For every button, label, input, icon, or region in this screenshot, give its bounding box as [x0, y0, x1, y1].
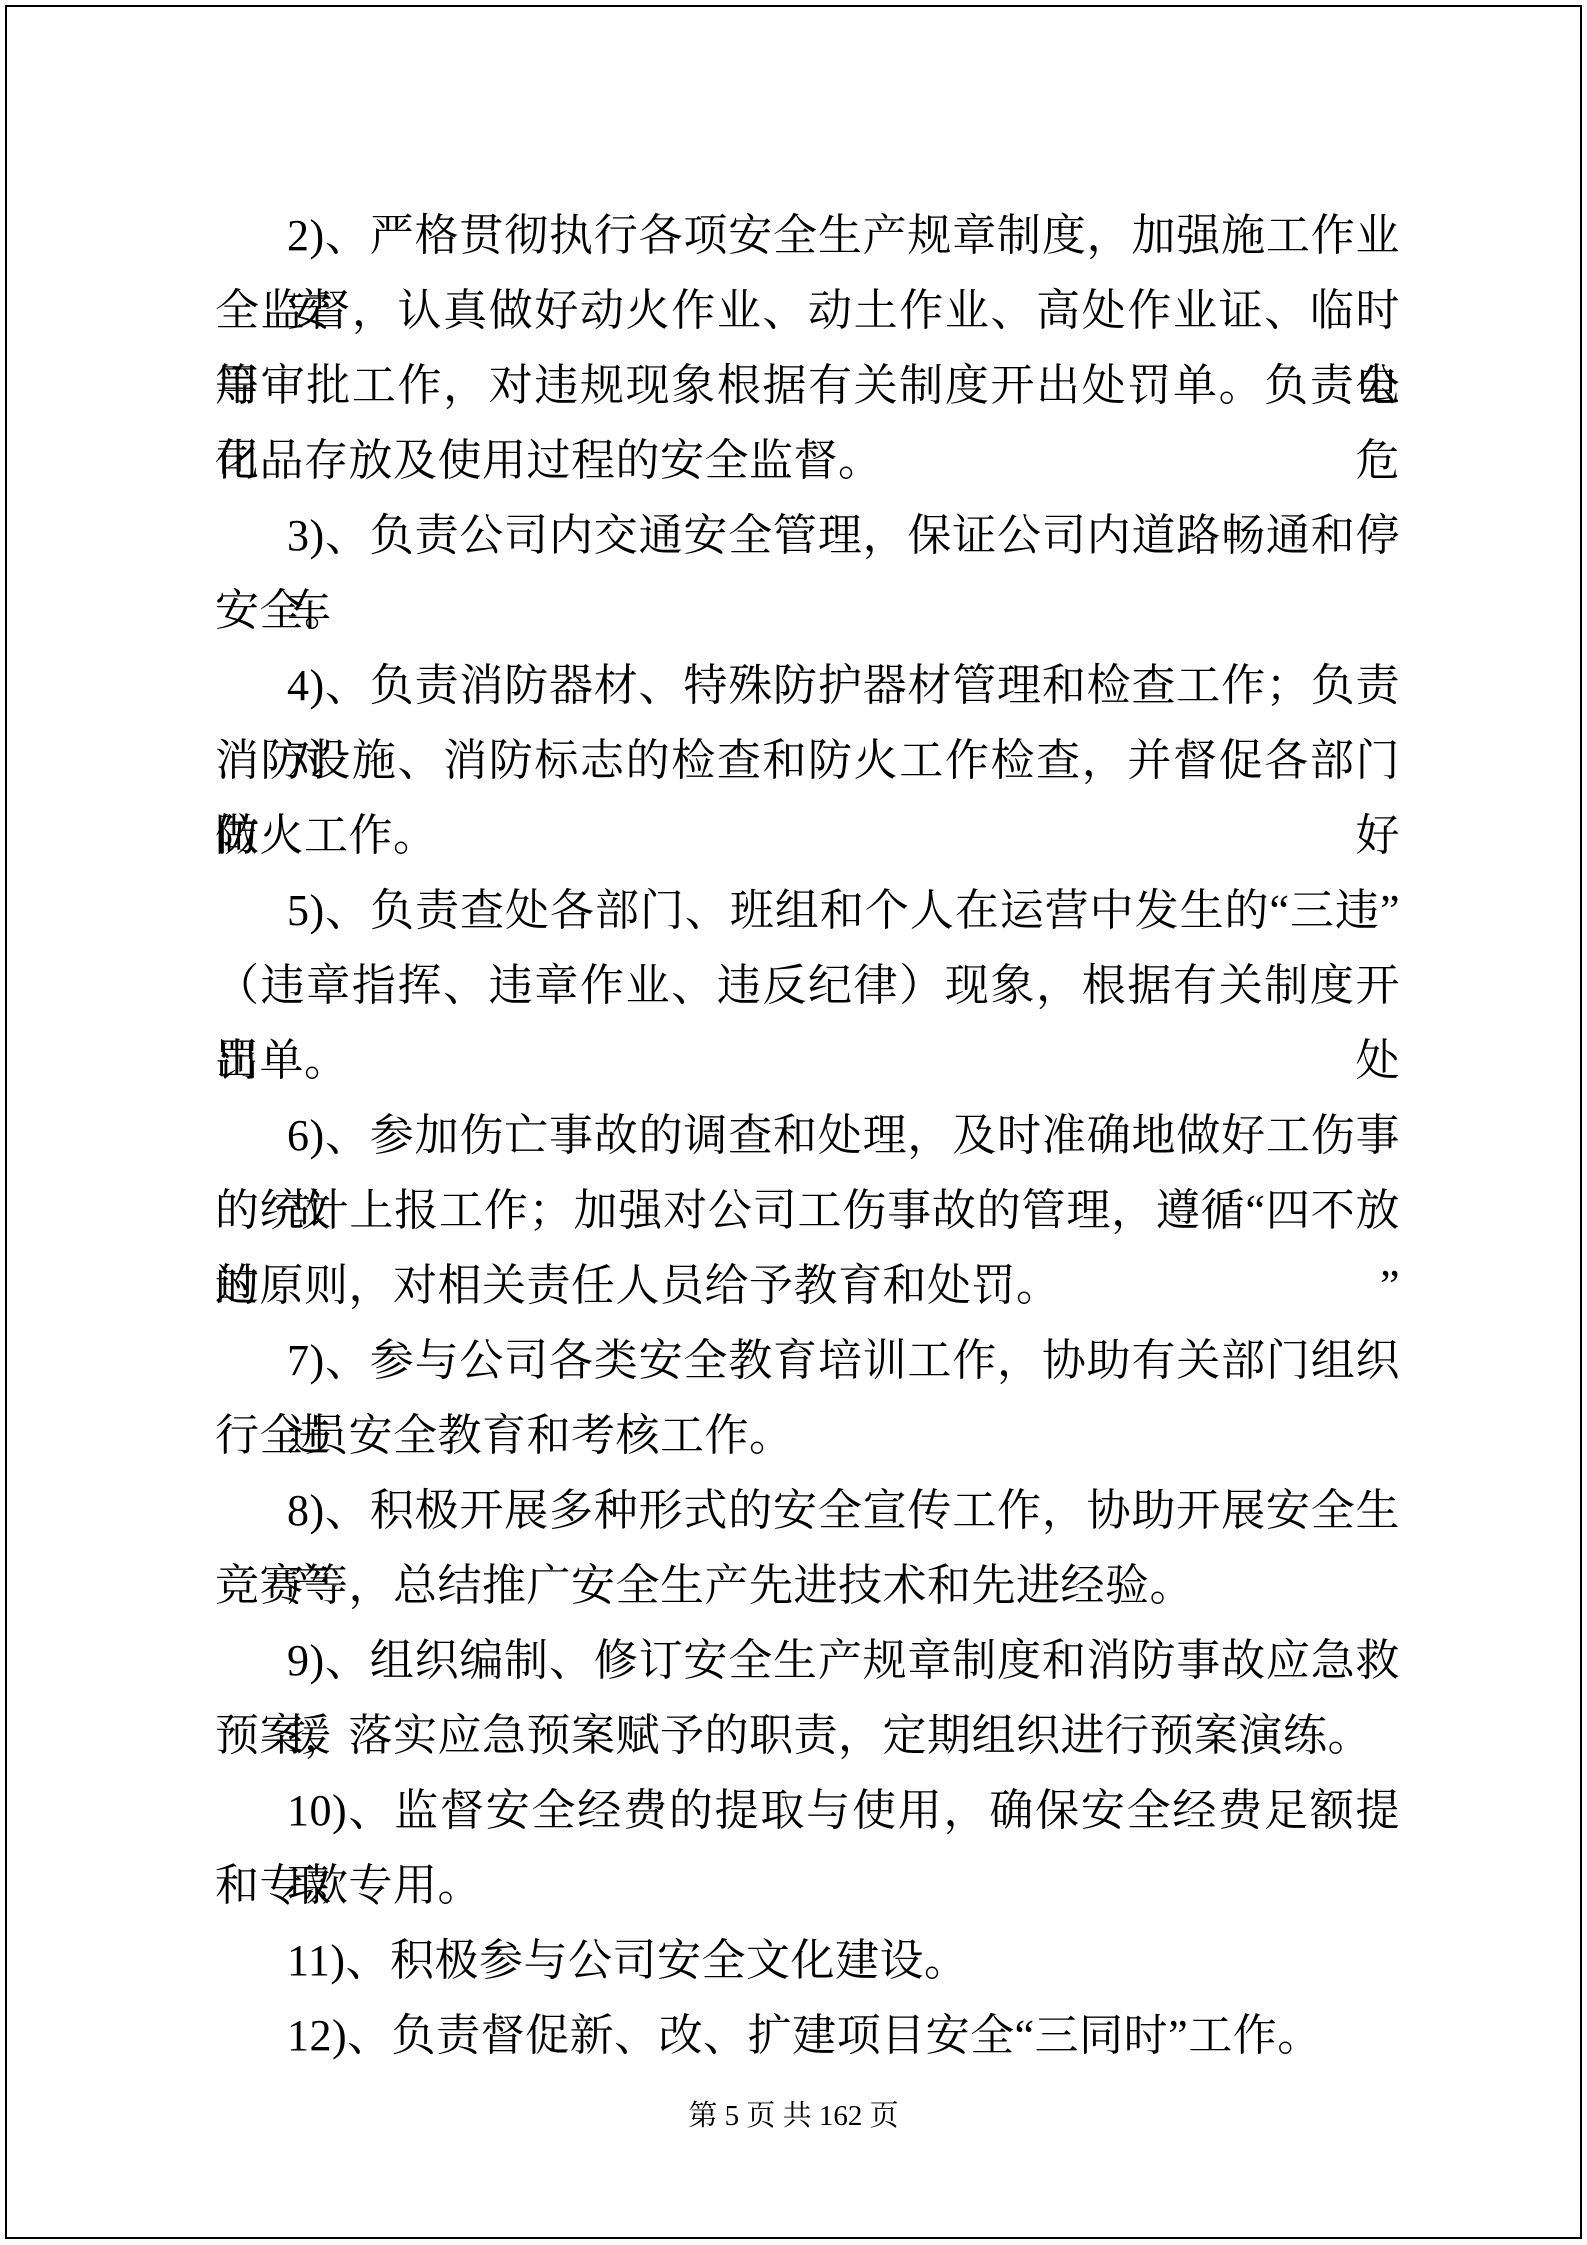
text-line: 行全员安全教育和考核工作。: [215, 1398, 1400, 1473]
paragraph: 8)、积极开展多种形式的安全宣传工作，协助开展安全生产竞赛等，总结推广安全生产先…: [215, 1473, 1400, 1623]
text-line: 安全。: [215, 573, 1400, 648]
paragraph: 11)、积极参与公司安全文化建设。: [215, 1923, 1400, 1998]
text-line: 等审批工作，对违规现象根据有关制度开出处罚单。负责公司危: [215, 348, 1400, 423]
paragraph: 4)、负责消防器材、特殊防护器材管理和检查工作；负责对消防设施、消防标志的检查和…: [215, 648, 1400, 873]
text-line: 6)、参加伤亡事故的调查和处理，及时准确地做好工伤事故: [215, 1098, 1400, 1173]
page-footer: 第 5 页 共 162 页: [0, 2096, 1587, 2136]
paragraph: 3)、负责公司内交通安全管理，保证公司内道路畅通和停车安全。: [215, 498, 1400, 648]
text-line: （违章指挥、违章作业、违反纪律）现象，根据有关制度开出处: [215, 948, 1400, 1023]
document-page: 2)、严格贯彻执行各项安全生产规章制度，加强施工作业安全监督，认真做好动火作业、…: [0, 0, 1587, 2245]
text-line: 2)、严格贯彻执行各项安全生产规章制度，加强施工作业安: [215, 198, 1400, 273]
paragraph: 7)、参与公司各类安全教育培训工作，协助有关部门组织进行全员安全教育和考核工作。: [215, 1323, 1400, 1473]
document-body: 2)、严格贯彻执行各项安全生产规章制度，加强施工作业安全监督，认真做好动火作业、…: [215, 198, 1400, 2073]
text-line: 和专款专用。: [215, 1848, 1400, 1923]
text-line: 全监督，认真做好动火作业、动土作业、高处作业证、临时用电: [215, 273, 1400, 348]
paragraph: 6)、参加伤亡事故的调查和处理，及时准确地做好工伤事故的统计上报工作；加强对公司…: [215, 1098, 1400, 1323]
paragraph: 10)、监督安全经费的提取与使用，确保安全经费足额提取和专款专用。: [215, 1773, 1400, 1923]
text-line: 5)、负责查处各部门、班组和个人在运营中发生的“三违”: [215, 873, 1400, 948]
text-line: 3)、负责公司内交通安全管理，保证公司内道路畅通和停车: [215, 498, 1400, 573]
text-line: 12)、负责督促新、改、扩建项目安全“三同时”工作。: [215, 1998, 1400, 2073]
paragraph: 9)、组织编制、修订安全生产规章制度和消防事故应急救援预案，落实应急预案赋予的职…: [215, 1623, 1400, 1773]
text-line: 消防设施、消防标志的检查和防火工作检查，并督促各部门做好: [215, 723, 1400, 798]
text-line: 预案，落实应急预案赋予的职责，定期组织进行预案演练。: [215, 1698, 1400, 1773]
paragraph: 12)、负责督促新、改、扩建项目安全“三同时”工作。: [215, 1998, 1400, 2073]
text-line: 11)、积极参与公司安全文化建设。: [215, 1923, 1400, 1998]
page-number-text: 第 5 页 共 162 页: [688, 2100, 898, 2132]
text-line: 4)、负责消防器材、特殊防护器材管理和检查工作；负责对: [215, 648, 1400, 723]
text-line: 10)、监督安全经费的提取与使用，确保安全经费足额提取: [215, 1773, 1400, 1848]
paragraph: 5)、负责查处各部门、班组和个人在运营中发生的“三违”（违章指挥、违章作业、违反…: [215, 873, 1400, 1098]
text-line: 7)、参与公司各类安全教育培训工作，协助有关部门组织进: [215, 1323, 1400, 1398]
text-line: 9)、组织编制、修订安全生产规章制度和消防事故应急救援: [215, 1623, 1400, 1698]
paragraph: 2)、严格贯彻执行各项安全生产规章制度，加强施工作业安全监督，认真做好动火作业、…: [215, 198, 1400, 498]
text-line: 的统计上报工作；加强对公司工伤事故的管理，遵循“四不放过”: [215, 1173, 1400, 1248]
text-line: 8)、积极开展多种形式的安全宣传工作，协助开展安全生产: [215, 1473, 1400, 1548]
text-line: 竞赛等，总结推广安全生产先进技术和先进经验。: [215, 1548, 1400, 1623]
